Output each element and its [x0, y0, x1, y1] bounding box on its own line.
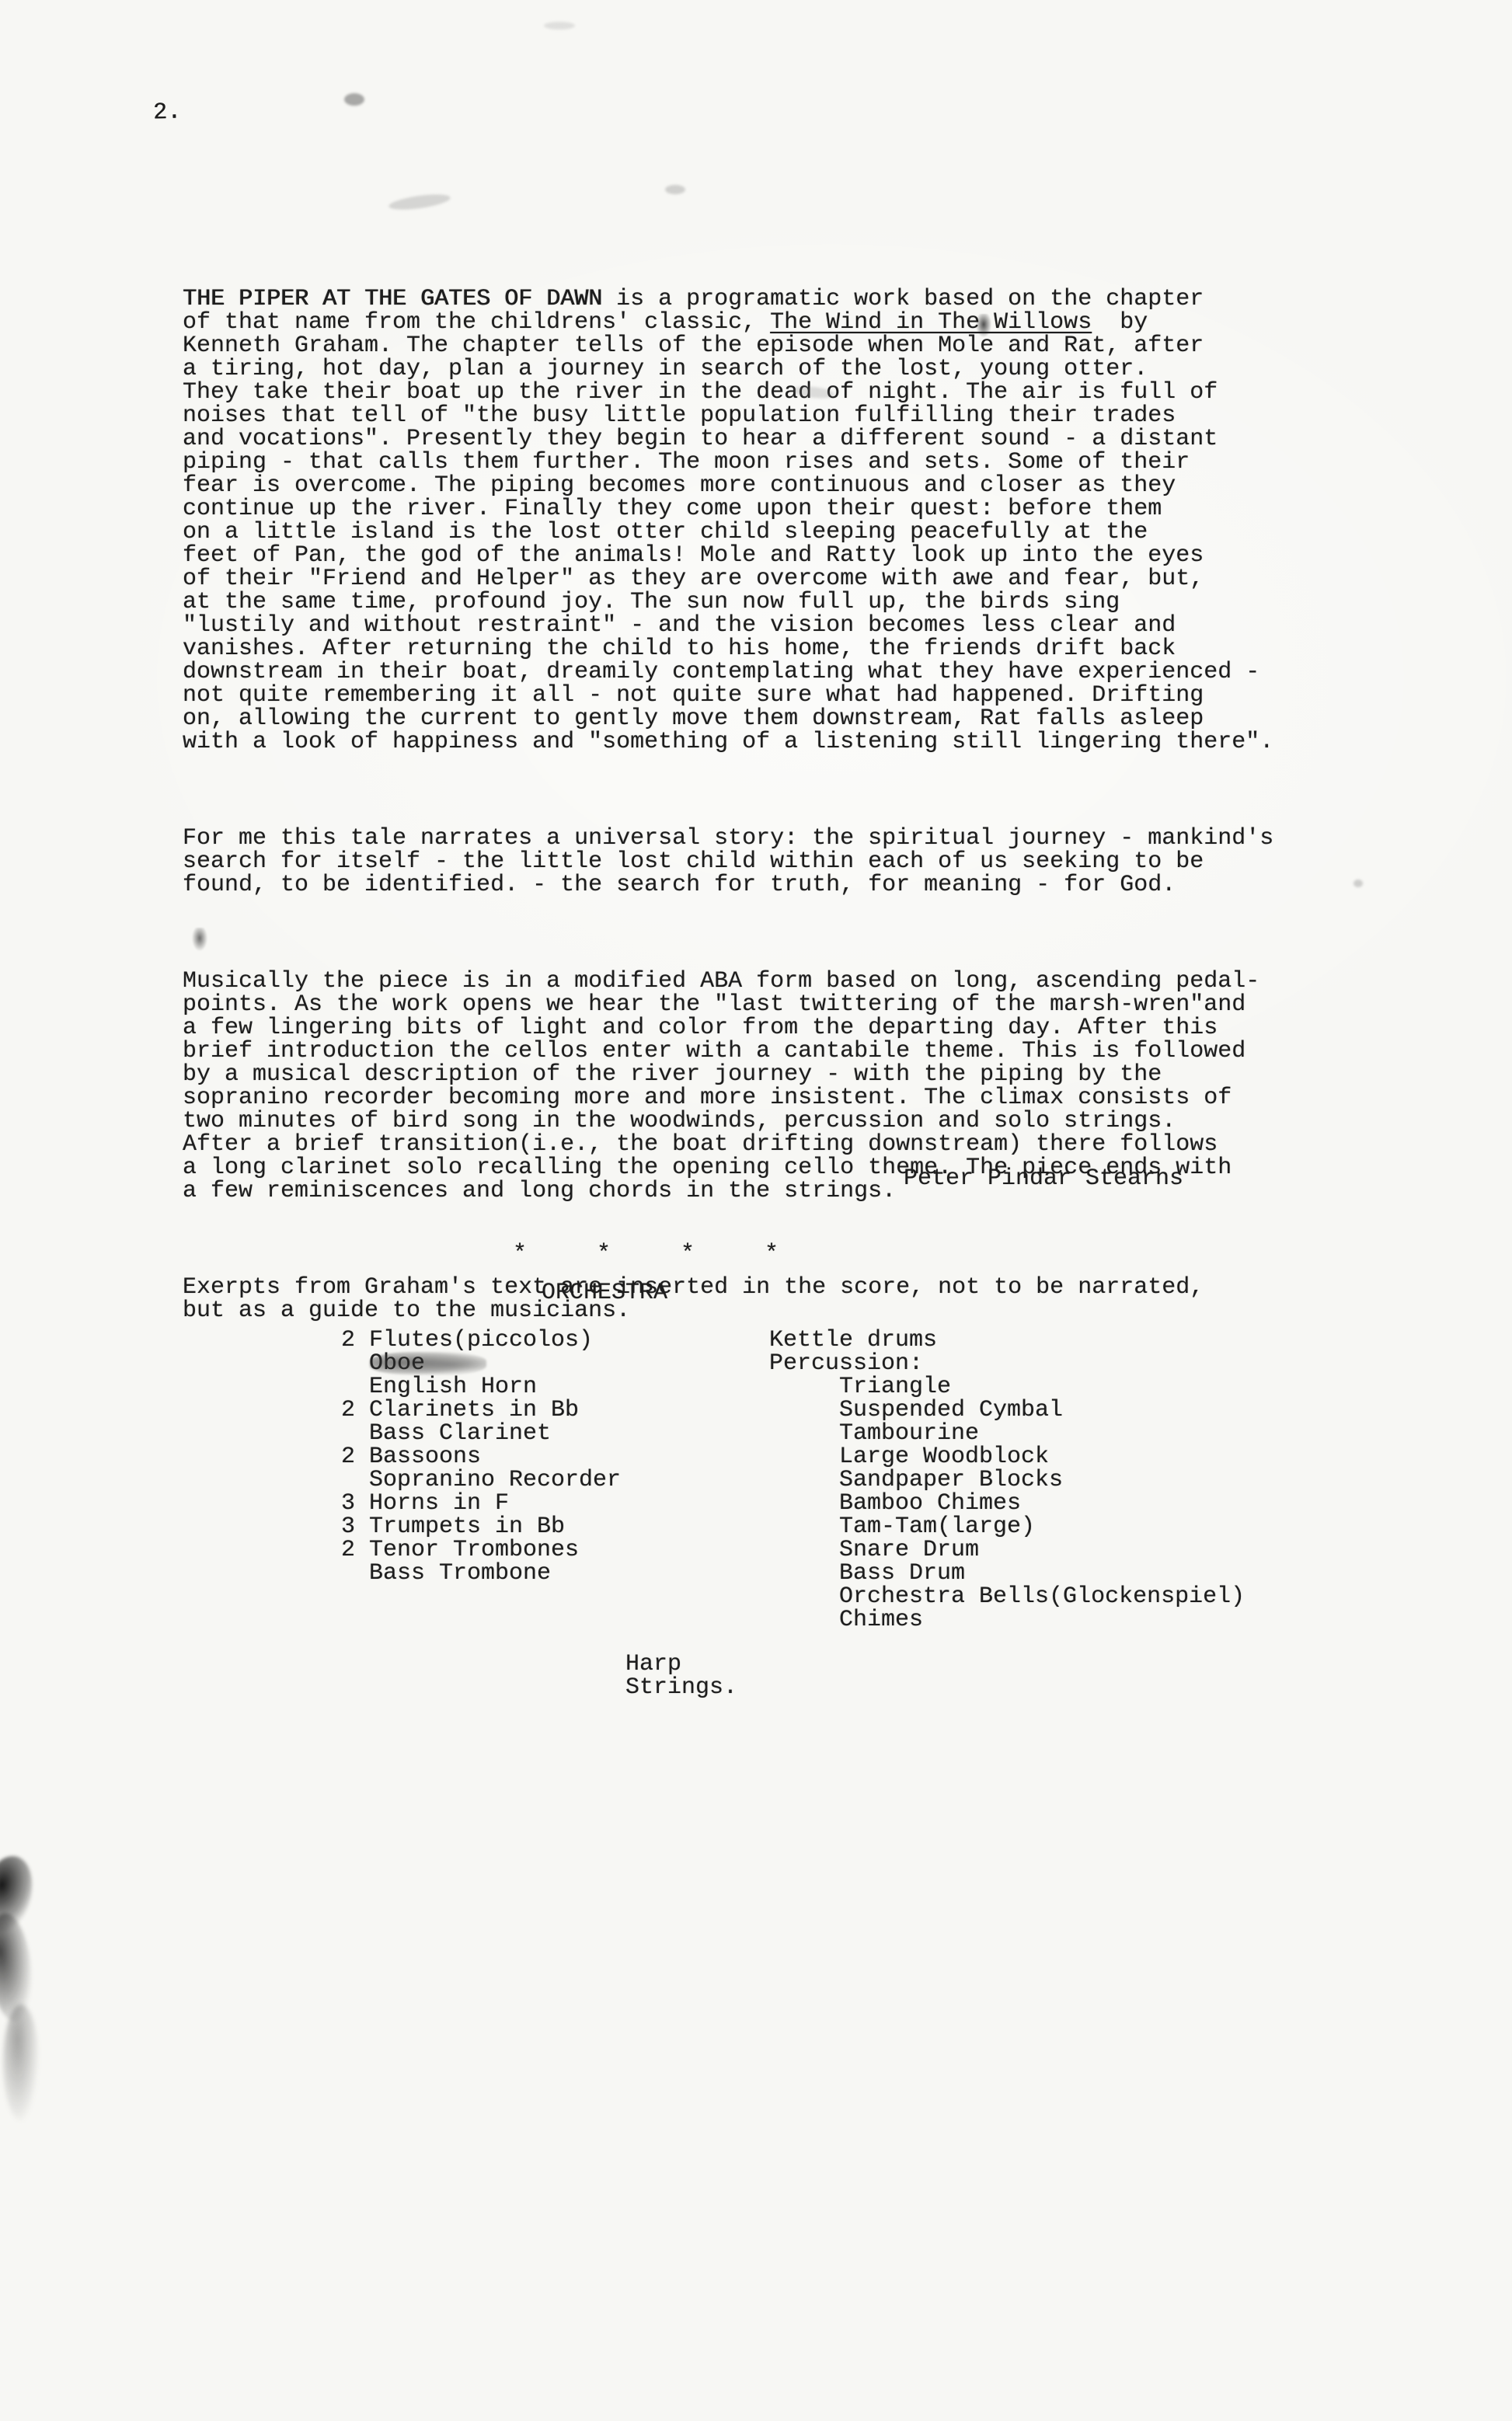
ink-blot-left-edge	[0, 1911, 37, 2024]
document-page: 2. THE PIPER AT THE GATES OF DAWN is a p…	[0, 0, 1512, 2421]
ink-blot-left-edge	[0, 1851, 40, 1938]
orchestra-heading: ORCHESTRA	[542, 1281, 667, 1305]
paper-speck	[665, 185, 685, 194]
orchestra-left-column: 2 Flutes(piccolos) Oboe English Horn 2 C…	[341, 1329, 621, 1585]
ink-blot-left-edge	[3, 2005, 39, 2121]
piece-title: THE PIPER AT THE GATES OF DAWN	[183, 286, 602, 312]
paragraph-1: THE PIPER AT THE GATES OF DAWN is a prog…	[183, 287, 1273, 754]
page-number: 2.	[152, 100, 181, 124]
paragraph-4: Exerpts from Graham's text are inserted …	[183, 1276, 1273, 1322]
author-signature: Peter Pindar Stearns	[904, 1167, 1183, 1190]
book-title: The Wind in The Willows	[770, 309, 1092, 336]
orchestra-right-column: Kettle drums Percussion: Triangle Suspen…	[769, 1329, 1245, 1632]
paper-speck	[388, 192, 451, 213]
paper-speck	[344, 93, 364, 106]
asterisk-separator: * * * *	[513, 1242, 779, 1266]
paper-speck	[1353, 880, 1363, 887]
paragraph-1-text-b: by Kenneth Graham. The chapter tells of …	[183, 309, 1273, 755]
paragraph-2: For me this tale narrates a universal st…	[183, 827, 1273, 897]
body-text: THE PIPER AT THE GATES OF DAWN is a prog…	[183, 241, 1273, 1369]
orchestra-footer: Harp Strings.	[625, 1653, 737, 1699]
paper-speck	[544, 22, 575, 30]
